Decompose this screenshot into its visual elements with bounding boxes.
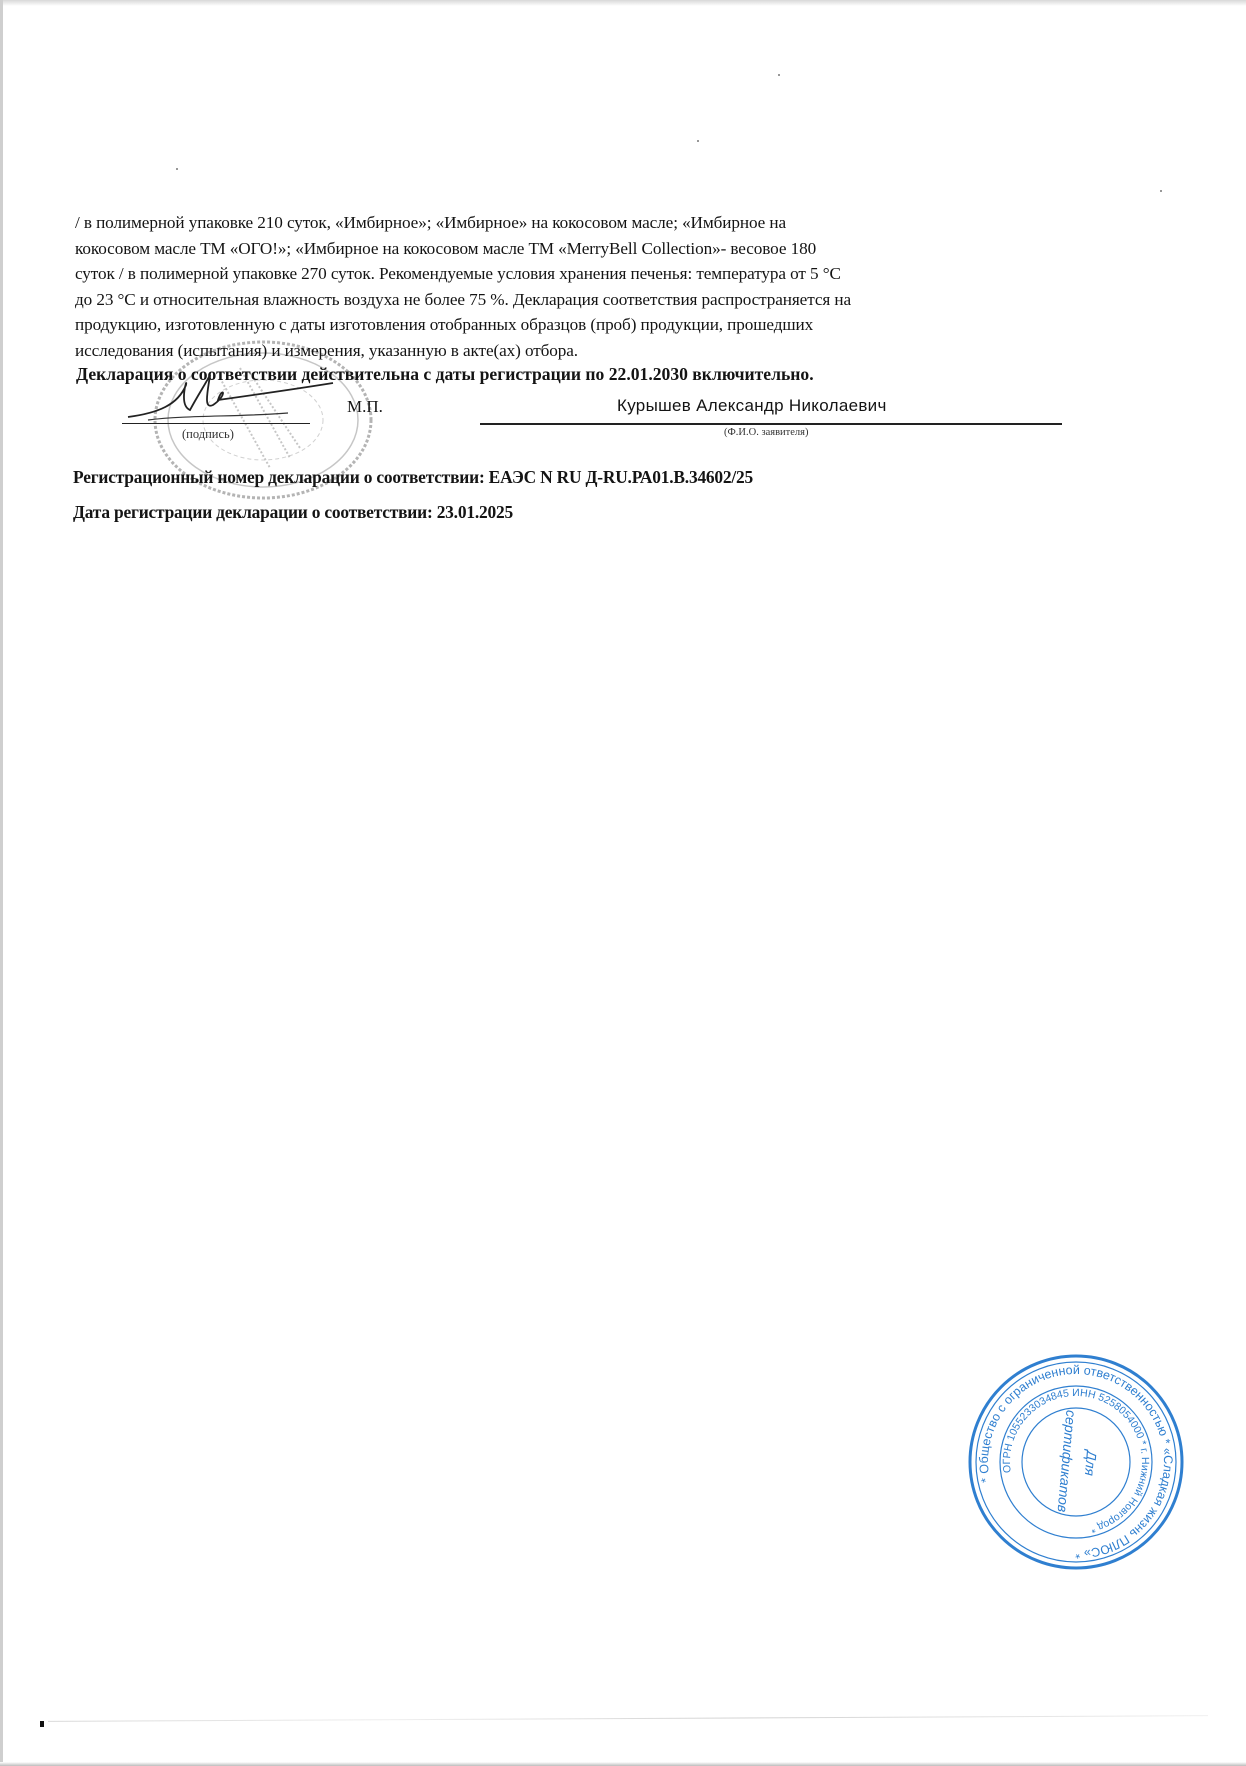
seal-label: М.П. [347, 397, 383, 417]
paragraph-line: продукцию, изготовленную с даты изготовл… [75, 312, 1065, 338]
storage-conditions-paragraph: / в полимерной упаковке 210 суток, «Имби… [75, 210, 1065, 363]
scan-left-edge [0, 0, 3, 1766]
scan-top-edge [0, 0, 1246, 6]
registration-number: Регистрационный номер декларации о соотв… [73, 467, 753, 488]
scan-artifact-line [48, 1715, 1208, 1722]
company-round-stamp: * Общество с ограниченной ответственност… [966, 1352, 1186, 1572]
registration-date: Дата регистрации декларации о соответств… [73, 502, 513, 523]
paragraph-line: / в полимерной упаковке 210 суток, «Имби… [75, 210, 1065, 236]
applicant-name-line [480, 423, 1062, 425]
scan-speck [778, 74, 780, 76]
paragraph-line: исследования (испытания) и измерения, ук… [75, 338, 1065, 364]
scan-speck [176, 168, 178, 170]
svg-text:* Общество с ограниченной отве: * Общество с ограниченной ответственност… [966, 1352, 1186, 1572]
svg-text:сертификатов: сертификатов [1055, 1409, 1080, 1513]
svg-text:Для: Для [1082, 1448, 1100, 1477]
applicant-caption: (Ф.И.О. заявителя) [724, 427, 809, 438]
signature-line [122, 423, 310, 424]
applicant-name: Курышев Александр Николаевич [617, 396, 887, 416]
handwritten-signature [118, 365, 338, 435]
signature-caption: (подпись) [182, 427, 234, 442]
scan-speck [1160, 190, 1162, 192]
scan-artifact-dot [40, 1721, 44, 1727]
paragraph-line: до 23 °С и относительная влажность возду… [75, 287, 1065, 313]
paragraph-line: суток / в полимерной упаковке 270 суток.… [75, 261, 1065, 287]
scan-speck [697, 140, 699, 142]
paragraph-line: кокосовом масле ТМ «ОГО!»; «Имбирное на … [75, 236, 1065, 262]
scan-bottom-edge [0, 1762, 1246, 1766]
